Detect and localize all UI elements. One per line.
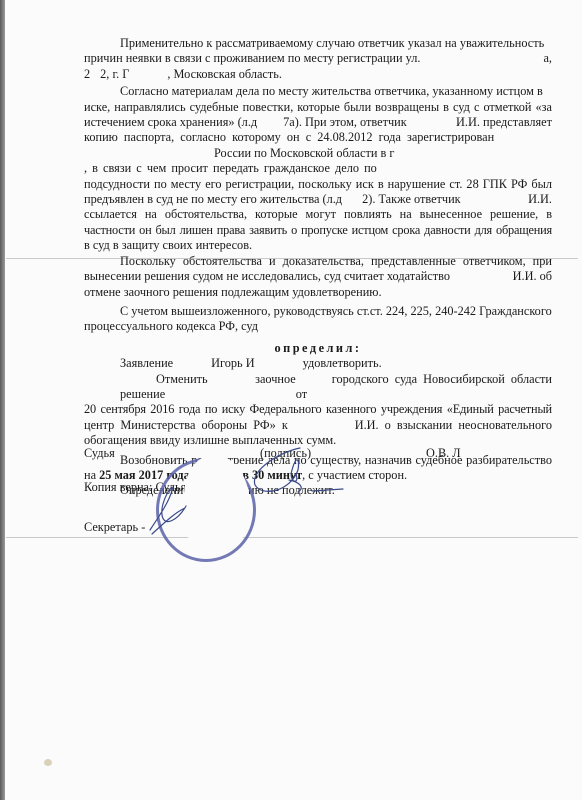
paper-stain bbox=[44, 759, 52, 766]
judge-signature bbox=[254, 448, 343, 492]
handwritten-signatures bbox=[0, 0, 582, 800]
secretary-signature bbox=[150, 487, 186, 534]
